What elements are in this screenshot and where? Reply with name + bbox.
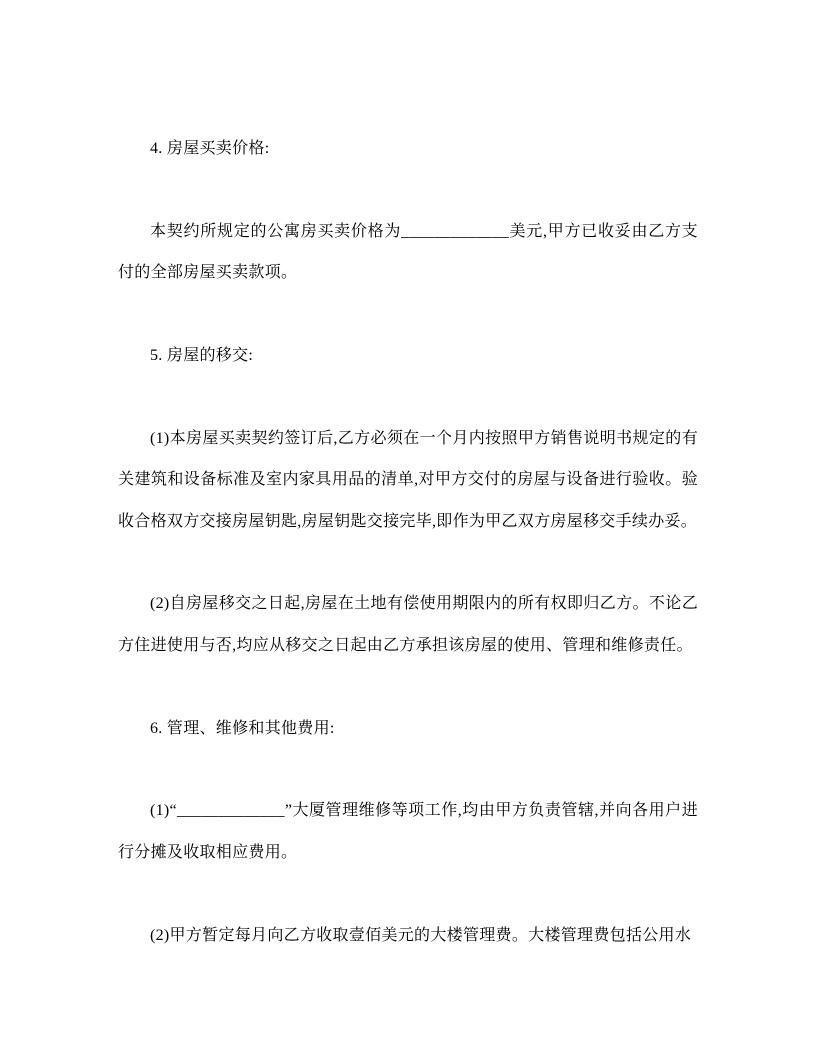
clause-4-heading: 4. 房屋买卖价格:: [118, 128, 698, 169]
clause-5-item-1: (1)本房屋买卖契约签订后,乙方必须在一个月内按照甲方销售说明书规定的有关建筑和…: [118, 418, 698, 542]
clause-6-heading: 6. 管理、维修和其他费用:: [118, 708, 698, 749]
clause-5-item-2: (2)自房屋移交之日起,房屋在土地有偿使用期限内的所有权即归乙方。不论乙方住进使…: [118, 583, 698, 666]
clause-5-heading: 5. 房屋的移交:: [118, 335, 698, 376]
clause-6-item-1: (1)“_____________”大厦管理维修等项工作,均由甲方负责管辖,并向…: [118, 790, 698, 873]
clause-4-paragraph: 本契约所规定的公寓房买卖价格为_____________美元,甲方已收妥由乙方支…: [118, 211, 698, 294]
contract-document-page: 4. 房屋买卖价格: 本契约所规定的公寓房买卖价格为_____________美…: [0, 0, 816, 1056]
clause-6-item-2: (2)甲方暂定每月向乙方收取壹佰美元的大楼管理费。大楼管理费包括公用水: [118, 915, 698, 956]
